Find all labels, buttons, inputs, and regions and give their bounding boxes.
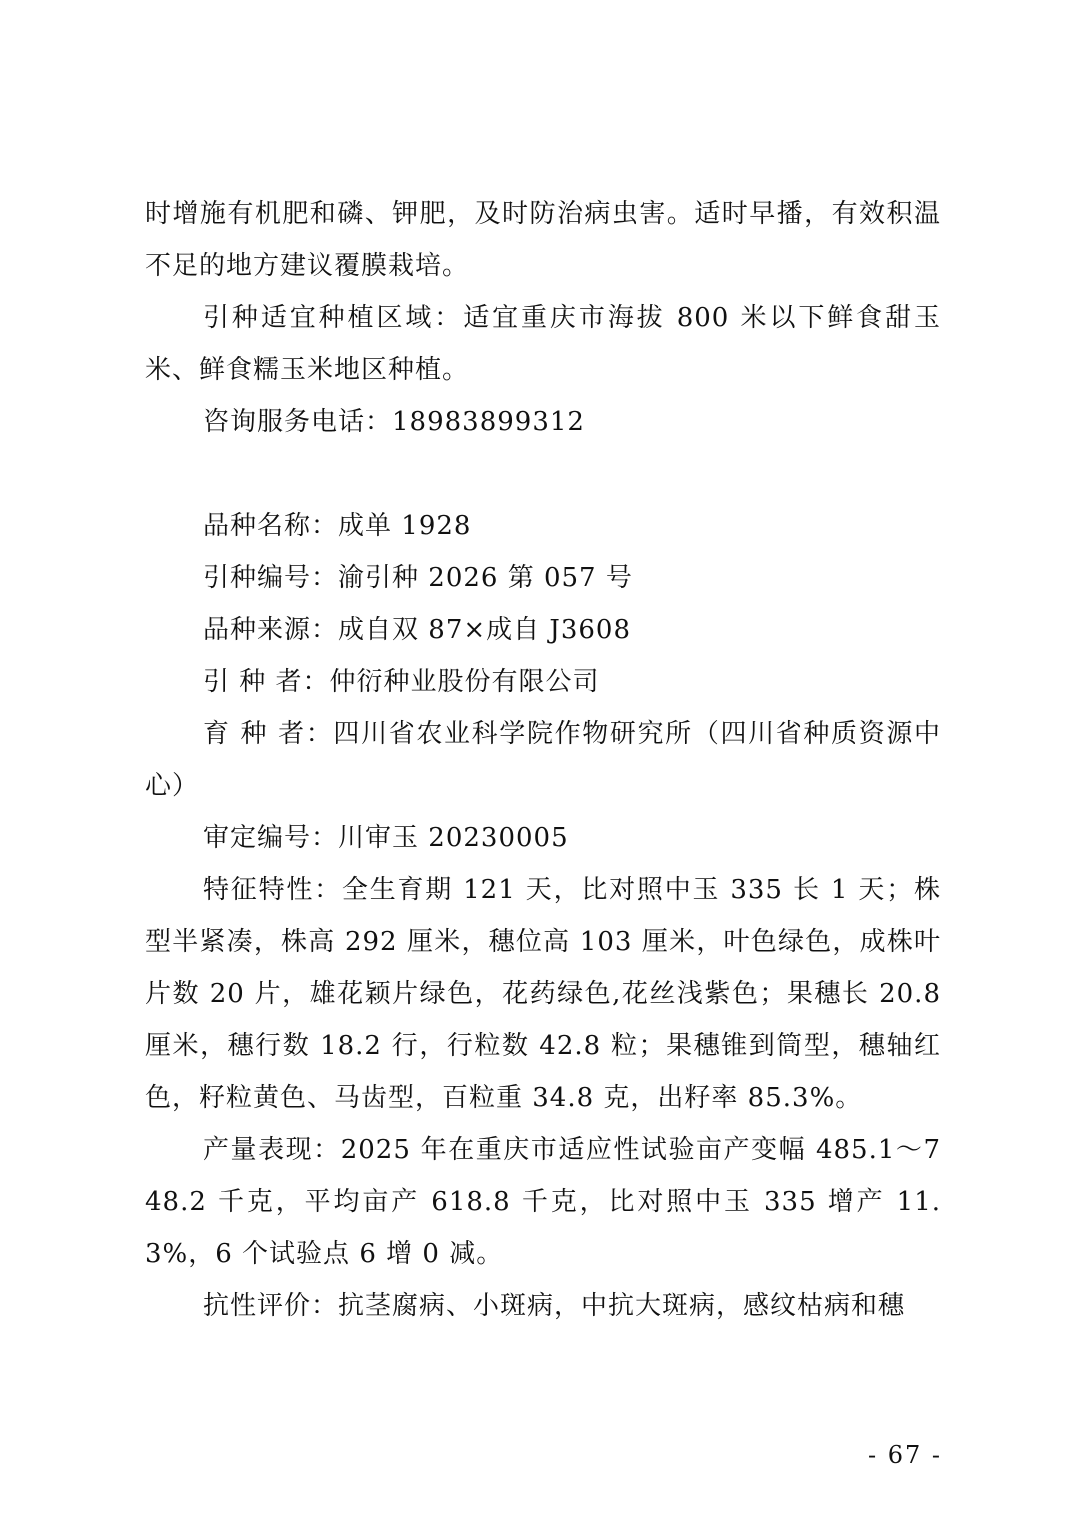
- introduction-number-label: 引种编号：: [203, 563, 338, 593]
- introducer-value: 仲衍种业股份有限公司: [330, 667, 600, 697]
- breeder-paragraph: 育 种 者：四川省农业科学院作物研究所（四川省种质资源中心）: [145, 708, 941, 812]
- resistance-evaluation-paragraph: 抗性评价：抗茎腐病、小斑病，中抗大斑病，感纹枯病和穗: [145, 1280, 941, 1332]
- characteristics-paragraph: 特征特性：全生育期 121 天，比对照中玉 335 长 1 天；株型半紧凑，株高…: [145, 864, 941, 1124]
- variety-name-line: 品种名称：成单 1928: [145, 500, 941, 552]
- introduction-number-value: 渝引种 2026 第 057 号: [338, 563, 633, 593]
- introducer-label: 引 种 者：: [203, 667, 330, 697]
- introduction-number-line: 引种编号：渝引种 2026 第 057 号: [145, 552, 941, 604]
- page-number: - 67 -: [868, 1440, 942, 1470]
- yield-performance-paragraph: 产量表现：2025 年在重庆市适应性试验亩产变幅 485.1～748.2 千克，…: [145, 1124, 941, 1280]
- introducer-line: 引 种 者：仲衍种业股份有限公司: [145, 656, 941, 708]
- variety-name-label: 品种名称：: [203, 511, 338, 541]
- variety-source-value: 成自双 87×成自 J3608: [338, 615, 631, 645]
- characteristics-value: 全生育期 121 天，比对照中玉 335 长 1 天；株型半紧凑，株高 292 …: [145, 875, 941, 1113]
- resistance-evaluation-label: 抗性评价：: [203, 1291, 338, 1321]
- variety-source-line: 品种来源：成自双 87×成自 J3608: [145, 604, 941, 656]
- variety-name-value: 成单 1928: [338, 511, 471, 541]
- continuation-paragraph: 时增施有机肥和磷、钾肥，及时防治病虫害。适时早播，有效积温不足的地方建议覆膜栽培…: [145, 188, 941, 292]
- section-spacer: [145, 448, 941, 500]
- characteristics-label: 特征特性：: [203, 875, 342, 905]
- suitable-region-label: 引种适宜种植区域：: [203, 303, 463, 333]
- suitable-region-paragraph: 引种适宜种植区域：适宜重庆市海拔 800 米以下鲜食甜玉米、鲜食糯玉米地区种植。: [145, 292, 941, 396]
- approval-number-line: 审定编号：川审玉 20230005: [145, 812, 941, 864]
- approval-number-value: 川审玉 20230005: [338, 823, 569, 853]
- breeder-label: 育 种 者：: [203, 719, 333, 749]
- service-phone-value: 18983899312: [392, 407, 585, 437]
- yield-performance-label: 产量表现：: [203, 1135, 341, 1165]
- resistance-evaluation-value: 抗茎腐病、小斑病，中抗大斑病，感纹枯病和穗: [338, 1291, 905, 1321]
- service-phone-line: 咨询服务电话：18983899312: [145, 396, 941, 448]
- document-page: 时增施有机肥和磷、钾肥，及时防治病虫害。适时早播，有效积温不足的地方建议覆膜栽培…: [145, 188, 941, 1332]
- approval-number-label: 审定编号：: [203, 823, 338, 853]
- service-phone-label: 咨询服务电话：: [203, 407, 392, 437]
- variety-source-label: 品种来源：: [203, 615, 338, 645]
